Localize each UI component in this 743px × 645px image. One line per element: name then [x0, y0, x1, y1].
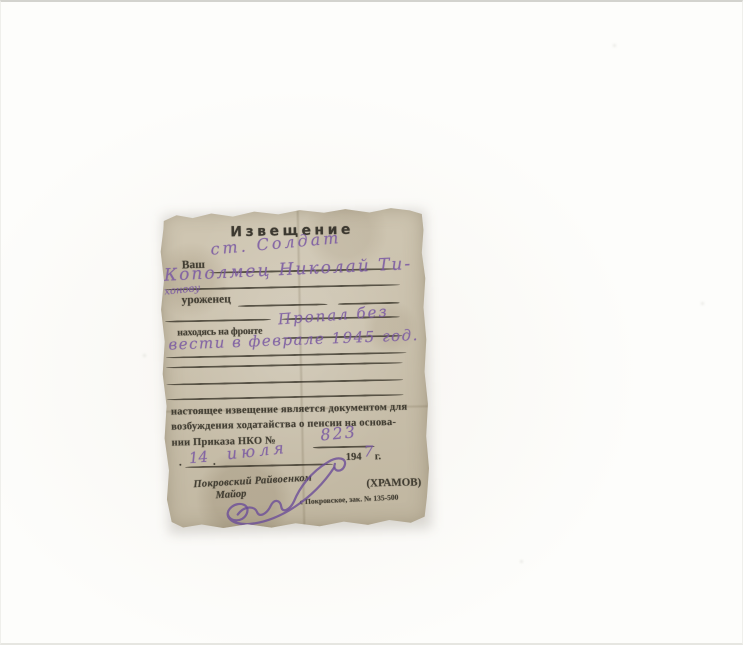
handwritten-missing-status: Пропал без — [277, 302, 389, 328]
handwritten-order-number: 823 — [320, 422, 358, 444]
form-line — [167, 394, 404, 401]
dust-speck — [520, 560, 523, 563]
paragraph-line-2: возбуждения ходатайства о пенсии на осно… — [171, 417, 396, 433]
photo-frame: Извещение ст. Солдат Ваш Кополмец Никола… — [0, 0, 743, 645]
document-paper: Извещение ст. Солдат Ваш Кополмец Никола… — [158, 204, 433, 532]
signature-ink — [219, 451, 405, 525]
dust-speck — [143, 354, 146, 357]
dust-speck — [613, 44, 616, 47]
date-dot: . — [179, 456, 182, 468]
handwritten-day: 14 — [188, 448, 209, 468]
field-label-urozhenets: уроженец — [181, 293, 231, 306]
form-line — [166, 352, 407, 359]
dust-speck — [701, 302, 704, 305]
form-line — [166, 379, 403, 386]
paragraph-line-1: настоящее извещение является документом … — [171, 402, 408, 418]
form-line — [166, 362, 403, 369]
form-line — [165, 318, 271, 322]
